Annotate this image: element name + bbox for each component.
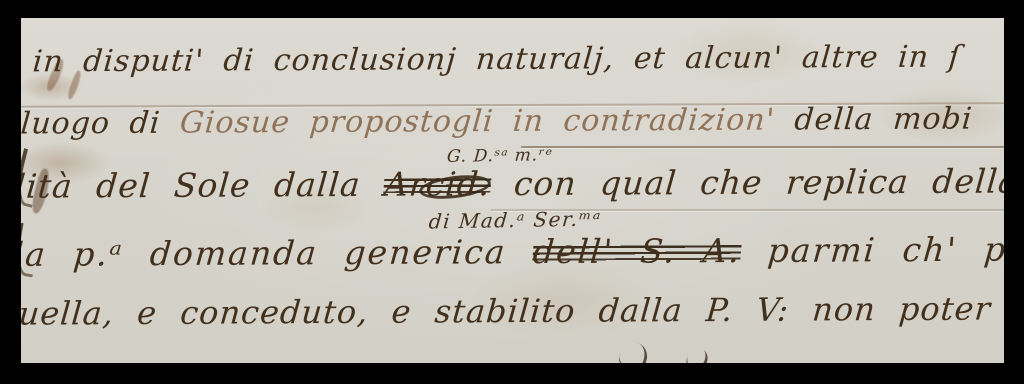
line-text: parmi ch' pruden (740, 229, 1004, 270)
parchment-page: in disputi' di conclusionj naturalj, et … (21, 18, 1004, 363)
interlinear-insertion-madama: di Mad.ᵃ Ser.ᵐᵃ (428, 206, 603, 233)
cut-flourish-stroke (615, 338, 651, 363)
line-text: la p.ᵃ domanda generica (21, 232, 535, 274)
faded-line-text: Giosue propostogli in contradizion' (179, 103, 777, 141)
paper-crease-right (521, 146, 1004, 148)
line-text: uella, e conceduto, e stabilito dalla P.… (21, 289, 1004, 332)
cut-flourish-stroke (682, 345, 711, 363)
struck-out-text: dell' S. A. (532, 231, 743, 271)
manuscript-photo-frame: in disputi' di conclusionj naturalj, et … (0, 0, 1024, 384)
manuscript-line-2: luogo di Giosue propostogli in contradiz… (21, 102, 974, 142)
manuscript-line-3: lità del Sole dalla Arcid. con qual che … (21, 161, 1004, 205)
line-text: con qual che replica della t (489, 161, 1004, 203)
line-text: lità del Sole dalla (21, 165, 386, 206)
struck-out-text: Arcid. (383, 164, 493, 204)
manuscript-line-1: in disputi' di conclusionj naturalj, et … (31, 40, 962, 80)
manuscript-line-4: la p.ᵃ domanda generica dell' S. A. parm… (21, 229, 1004, 274)
line-text: luogo di (21, 106, 181, 142)
line-text: in disputi' di conclusionj naturalj, et … (31, 40, 962, 80)
manuscript-line-5: uella, e conceduto, e stabilito dalla P.… (21, 289, 1004, 332)
line-text: della mobi (774, 102, 974, 138)
